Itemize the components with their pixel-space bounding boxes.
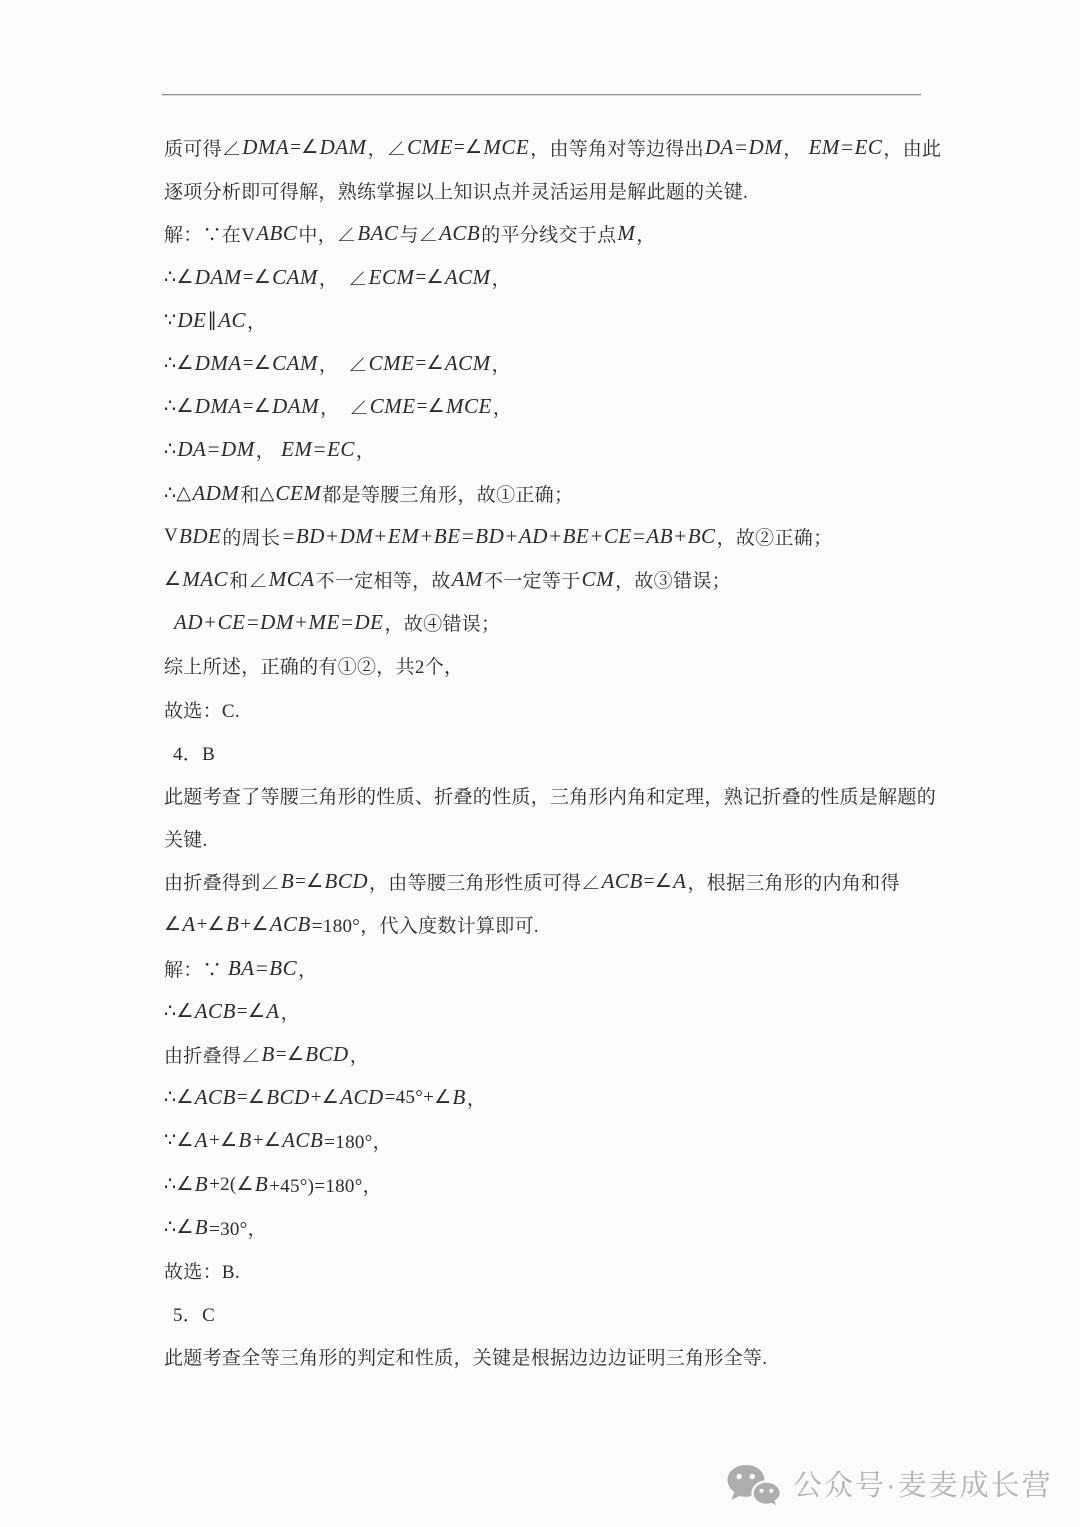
- text-line: VBDE的周长=BD+DM+EM+BE=BD+AD+BE+CE=AB+BC，故②…: [164, 515, 924, 558]
- watermark-text: 公众号·麦麦成长营: [793, 1472, 1053, 1501]
- text-line: 故选：C.: [164, 687, 924, 730]
- text-line: AD+CE=DM+ME=DE，故④错误；: [164, 601, 924, 644]
- text-line: 此题考查了等腰三角形的性质、折叠的性质，三角形内角和定理，熟记折叠的性质是解题的: [164, 774, 924, 817]
- text-line: ∠MAC和∠MCA不一定相等，故AM不一定等于CM，故③错误；: [164, 558, 924, 601]
- text-line: ∴∠ACB=∠A，: [164, 990, 924, 1033]
- document-content: 质可得∠DMA=∠DAM，∠CME=∠MCE，由等角对等边得出DA=DM， EM…: [164, 126, 924, 1378]
- text-line: 由折叠得∠B=∠BCD，: [164, 1033, 924, 1076]
- text-line: 4．B: [164, 731, 924, 774]
- watermark: 公众号·麦麦成长营: [726, 1463, 1053, 1509]
- text-line: 解：∵在VABC中，∠BAC与∠ACB的平分线交于点M，: [164, 212, 924, 255]
- text-line: 5．C: [164, 1292, 924, 1335]
- text-line: ∵∠A+∠B+∠ACB=180°，: [164, 1119, 924, 1162]
- text-line: 逐项分析即可得解，熟练掌握以上知识点并灵活运用是解此题的关键.: [164, 169, 924, 212]
- text-line: ∴△ADM和△CEM都是等腰三角形，故①正确；: [164, 472, 924, 515]
- text-line: 由折叠得到∠B=∠BCD，由等腰三角形性质可得∠ACB=∠A，根据三角形的内角和…: [164, 860, 924, 903]
- text-line: ∴∠DMA=∠CAM， ∠CME=∠ACM，: [164, 342, 924, 385]
- text-line: 此题考查全等三角形的判定和性质，关键是根据边边边证明三角形全等.: [164, 1335, 924, 1378]
- text-line: ∴∠B=30°，: [164, 1206, 924, 1249]
- text-line: 综上所述，正确的有①②，共2个，: [164, 644, 924, 687]
- text-line: ∴∠DMA=∠DAM， ∠CME=∠MCE，: [164, 385, 924, 428]
- text-line: ∴DA=DM， EM=EC，: [164, 428, 924, 471]
- text-line: ∴∠B+2(∠B+45°)=180°，: [164, 1163, 924, 1206]
- text-line: ∴∠DAM=∠CAM， ∠ECM=∠ACM，: [164, 256, 924, 299]
- text-line: 关键.: [164, 817, 924, 860]
- wechat-icon: [726, 1464, 782, 1508]
- text-line: 质可得∠DMA=∠DAM，∠CME=∠MCE，由等角对等边得出DA=DM， EM…: [164, 126, 924, 169]
- text-line: 故选：B.: [164, 1249, 924, 1292]
- text-line: ∠A+∠B+∠ACB=180°，代入度数计算即可.: [164, 903, 924, 946]
- page-divider: [162, 94, 921, 96]
- text-line: 解：∵ BA=BC，: [164, 947, 924, 990]
- text-line: ∴∠ACB=∠BCD+∠ACD=45°+∠B，: [164, 1076, 924, 1119]
- text-line: ∵DE∥AC，: [164, 299, 924, 342]
